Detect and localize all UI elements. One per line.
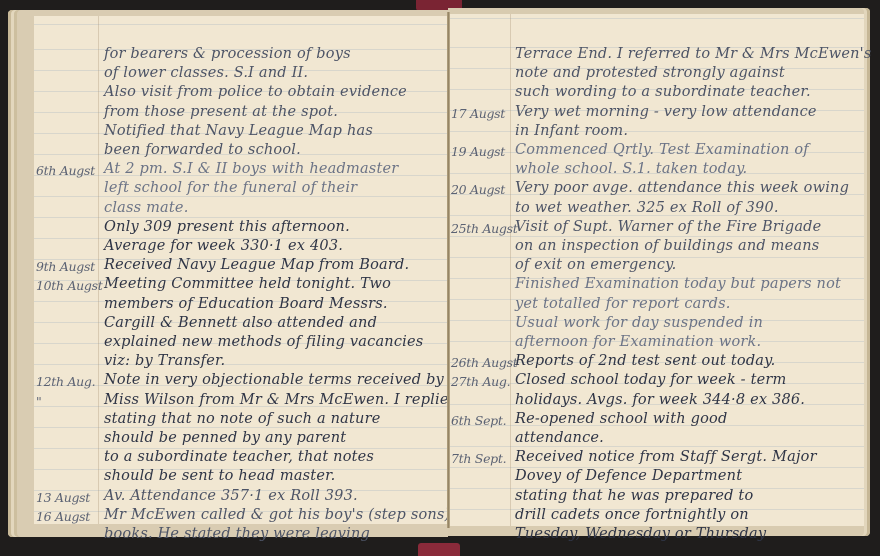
log-entry-line: yet totalled for report cards. [449,295,864,316]
log-entry-line: for bearers & procession of boys [34,45,448,66]
entry-date: 7th Sept. [451,451,515,466]
entry-text: from those present at the spot. [104,104,338,120]
entry-date: 12th Aug. [36,374,100,389]
log-entry-line: members of Education Board Messrs. [34,295,448,316]
entry-date: 25th Augst [451,221,515,236]
log-entry-line: 10th AugstMeeting Committee held tonight… [34,275,448,296]
entry-text: Finished Examination today but papers no… [515,276,841,292]
entry-text: At 2 pm. S.I & II boys with headmaster [104,161,398,177]
entry-text: such wording to a subordinate teacher. [515,84,811,100]
log-entry-line: left school for the funeral of their [34,179,448,200]
log-entry-line: should be penned by any parent [34,429,448,450]
entry-text: been forwarded to school. [104,142,301,158]
entry-text: holidays. Avgs. for week 344·8 ex 386. [515,392,805,408]
entry-text: Dovey of Defence Department [515,468,742,484]
log-entry-line: Tuesday, Wednesday or Thursday [449,525,864,546]
entry-text: Cargill & Bennett also attended and [104,315,377,331]
log-entry-line: been forwarded to school. [34,141,448,162]
entry-text: of lower classes. S.I and II. [104,65,308,81]
entry-text: stating that he was prepared to [515,488,753,504]
entry-text: viz: by Transfer. [104,353,225,369]
log-entry-line: in Infant room. [449,122,864,143]
log-entry-line: "Miss Wilson from Mr & Mrs McEwen. I rep… [34,391,448,412]
entry-date: 27th Aug. [451,374,515,389]
open-log-book: for bearers & procession of boysof lower… [0,0,880,556]
log-entry-line: holidays. Avgs. for week 344·8 ex 386. [449,391,864,412]
log-entry-line: from those present at the spot. [34,103,448,124]
log-entry-line: 20 AugstVery poor avge. attendance this … [449,179,864,200]
entry-text: stating that no note of such a nature [104,411,381,427]
right-page: Terrace End. I referred to Mr & Mrs McEw… [449,14,864,526]
entry-text: Note in very objectionable terms receive… [104,372,444,388]
log-entry-line: 25th AugstVisit of Supt. Warner of the F… [449,218,864,239]
log-entry-line: Only 309 present this afternoon. [34,218,448,239]
log-entry-line: 6th Sept.Re-opened school with good [449,410,864,431]
log-entry-line: 26th AugstReports of 2nd test sent out t… [449,352,864,373]
log-entry-line: Cargill & Bennett also attended and [34,314,448,335]
entry-text: Received notice from Staff Sergt. Major [515,449,817,465]
log-entry-line: should be sent to head master. [34,467,448,488]
entry-text: Av. Attendance 357·1 ex Roll 393. [104,488,358,504]
entry-text: drill cadets once fortnightly on [515,507,749,523]
entry-date: 16 Augst [36,509,100,524]
book-gutter [447,12,450,528]
log-entry-line: 6th AugstAt 2 pm. S.I & II boys with hea… [34,160,448,181]
entry-date: 10th Augst [36,278,100,293]
entry-text: of exit on emergency. [515,257,676,273]
entry-text: in Infant room. [515,123,628,139]
entry-text: whole school. S.1. taken today. [515,161,747,177]
entry-text: should be sent to head master. [104,468,335,484]
entry-text: Received Navy League Map from Board. [104,257,409,273]
entry-text: Visit of Supt. Warner of the Fire Brigad… [515,219,821,235]
log-entry-line: 17 AugstVery wet morning - very low atte… [449,103,864,124]
entry-text: Commenced Qrtly. Test Examination of [515,142,809,158]
entry-text: Miss Wilson from Mr & Mrs McEwen. I repl… [104,392,458,408]
entry-text: Very poor avge. attendance this week owi… [515,180,849,196]
entry-date: 19 Augst [451,144,515,159]
entry-text: books. He stated they were leaving [104,526,370,542]
log-entry-line: afternoon for Examination work. [449,333,864,354]
entry-text: Reports of 2nd test sent out today. [515,353,775,369]
spine-ribbon-bottom [418,543,460,556]
entry-date: 20 Augst [451,182,515,197]
log-entry-line: class mate. [34,199,448,220]
log-entry-line: Dovey of Defence Department [449,467,864,488]
log-entry-line: stating that he was prepared to [449,487,864,508]
log-entry-line: 12th Aug.Note in very objectionable term… [34,371,448,392]
log-entry-line: 9th AugstReceived Navy League Map from B… [34,256,448,277]
entry-text: afternoon for Examination work. [515,334,761,350]
entry-text: should be penned by any parent [104,430,346,446]
log-entry-line: books. He stated they were leaving [34,525,448,546]
log-entry-line: on an inspection of buildings and means [449,237,864,258]
entry-text: to wet weather. 325 ex Roll of 390. [515,200,779,216]
entry-text: Meeting Committee held tonight. Two [104,276,391,292]
log-entry-line: 16 AugstMr McEwen called & got his boy's… [34,506,448,527]
log-entry-line: Also visit from police to obtain evidenc… [34,83,448,104]
log-entry-line: Notified that Navy League Map has [34,122,448,143]
entry-date: 13 Augst [36,490,100,505]
entry-text: on an inspection of buildings and means [515,238,819,254]
entry-date: 17 Augst [451,106,515,121]
entry-date: " [36,394,100,409]
entry-text: Also visit from police to obtain evidenc… [104,84,407,100]
left-page: for bearers & procession of boysof lower… [34,16,448,524]
log-entry-line: attendance. [449,429,864,450]
entry-text: class mate. [104,200,189,216]
log-entry-line: of lower classes. S.I and II. [34,64,448,85]
log-entry-line: to a subordinate teacher, that notes [34,448,448,469]
entry-text: Terrace End. I referred to Mr & Mrs McEw… [515,46,872,62]
entry-date: 6th Sept. [451,413,515,428]
log-entry-line: stating that no note of such a nature [34,410,448,431]
entry-date: 9th Augst [36,259,100,274]
entry-text: Mr McEwen called & got his boy's (step s… [104,507,450,523]
log-entry-line: such wording to a subordinate teacher. [449,83,864,104]
log-entry-line: Usual work for day suspended in [449,314,864,335]
entry-text: Very wet morning - very low attendance [515,104,817,120]
entry-text: for bearers & procession of boys [104,46,351,62]
log-entry-line: 19 AugstCommenced Qrtly. Test Examinatio… [449,141,864,162]
log-entry-line: note and protested strongly against [449,64,864,85]
entry-text: Re-opened school with good [515,411,727,427]
entry-text: Notified that Navy League Map has [104,123,373,139]
entry-text: explained new methods of filing vacancie… [104,334,423,350]
log-entry-line: Average for week 330·1 ex 403. [34,237,448,258]
log-entry-line: 13 AugstAv. Attendance 357·1 ex Roll 393… [34,487,448,508]
entry-text: left school for the funeral of their [104,180,357,196]
log-entry-line: 27th Aug.Closed school today for week - … [449,371,864,392]
log-entry-line: whole school. S.1. taken today. [449,160,864,181]
entry-date: 6th Augst [36,163,100,178]
log-entry-line: viz: by Transfer. [34,352,448,373]
entry-text: attendance. [515,430,604,446]
entry-text: to a subordinate teacher, that notes [104,449,374,465]
entry-text: Usual work for day suspended in [515,315,763,331]
entry-text: Closed school today for week - term [515,372,786,388]
entry-date: 26th Augst [451,355,515,370]
log-entry-line: Terrace End. I referred to Mr & Mrs McEw… [449,45,864,66]
log-entry-line: 7th Sept.Received notice from Staff Serg… [449,448,864,469]
entry-text: note and protested strongly against [515,65,785,81]
log-entry-line: to wet weather. 325 ex Roll of 390. [449,199,864,220]
entry-text: Only 309 present this afternoon. [104,219,350,235]
log-entry-line: drill cadets once fortnightly on [449,506,864,527]
log-entry-line: explained new methods of filing vacancie… [34,333,448,354]
entry-text: Average for week 330·1 ex 403. [104,238,343,254]
entry-text: members of Education Board Messrs. [104,296,388,312]
log-entry-line: Finished Examination today but papers no… [449,275,864,296]
entry-text: yet totalled for report cards. [515,296,731,312]
log-entry-line: of exit on emergency. [449,256,864,277]
entry-text: Tuesday, Wednesday or Thursday [515,526,766,542]
